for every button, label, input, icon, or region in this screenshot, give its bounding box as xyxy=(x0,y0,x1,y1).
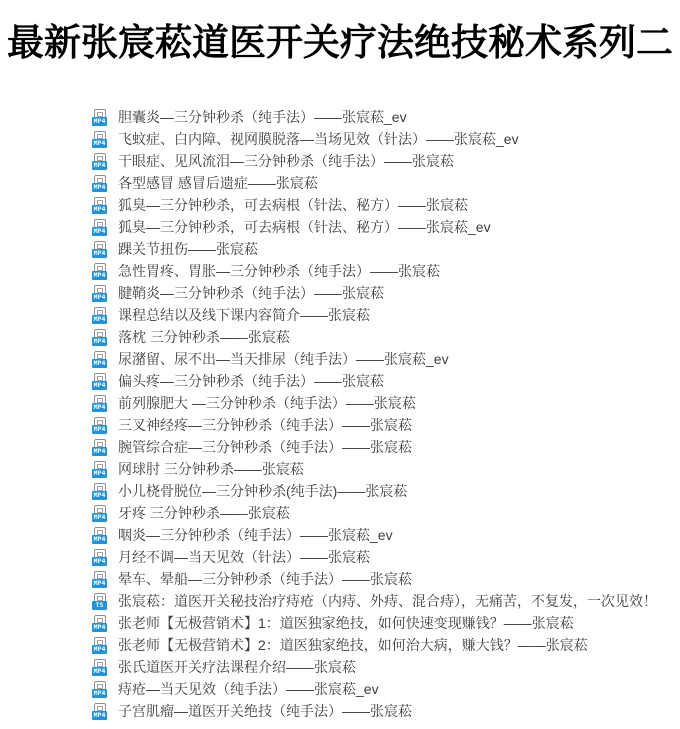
file-list-item[interactable]: MP4 子宫肌瘤—道医开关绝技（纯手法）——张宸菘 xyxy=(92,700,670,722)
video-file-icon: MP4 xyxy=(92,175,109,192)
file-type-badge: MP4 xyxy=(92,117,107,126)
file-list-item[interactable]: MP4 干眼症、见风流泪—三分钟秒杀（纯手法）——张宸菘 xyxy=(92,150,670,172)
file-name-label: 飞蚊症、白内障、视网膜脱落—当场见效（针法）——张宸菘_ev xyxy=(118,129,519,149)
file-type-badge: MP4 xyxy=(92,711,107,720)
file-type-badge: MP4 xyxy=(92,425,107,434)
file-type-badge: MP4 xyxy=(92,205,107,214)
file-name-label: 落枕 三分钟秒杀——张宸菘 xyxy=(118,327,290,347)
video-file-icon: MP4 xyxy=(92,681,109,698)
file-list: MP4 胆囊炎—三分钟秒杀（纯手法）——张宸菘_ev MP4 飞蚊症、白内障、视… xyxy=(0,106,680,722)
file-name-label: 胆囊炎—三分钟秒杀（纯手法）——张宸菘_ev xyxy=(118,107,407,127)
file-name-label: 小儿桡骨脱位—三分钟秒杀(纯手法)——张宸菘 xyxy=(118,481,407,501)
file-type-badge: MP4 xyxy=(92,579,107,588)
file-list-item[interactable]: MP4 狐臭—三分钟秒杀，可去病根（针法、秘方）——张宸菘_ev xyxy=(92,216,670,238)
file-type-badge: TS xyxy=(92,601,107,610)
file-type-badge: MP4 xyxy=(92,557,107,566)
file-name-label: 张宸菘：道医开关秘技治疗痔疮（内痔、外痔、混合痔），无痛苦，不复发，一次见效！ xyxy=(118,591,657,611)
file-list-item[interactable]: MP4 急性胃疼、胃胀—三分钟秒杀（纯手法）——张宸菘 xyxy=(92,260,670,282)
file-list-item[interactable]: MP4 课程总结以及线下课内容简介——张宸菘 xyxy=(92,304,670,326)
file-type-badge: MP4 xyxy=(92,249,107,258)
video-file-icon: MP4 xyxy=(92,505,109,522)
file-type-badge: MP4 xyxy=(92,293,107,302)
file-name-label: 干眼症、见风流泪—三分钟秒杀（纯手法）——张宸菘 xyxy=(118,151,454,171)
file-list-item[interactable]: MP4 张氏道医开关疗法课程介绍——张宸菘 xyxy=(92,656,670,678)
file-list-item[interactable]: MP4 落枕 三分钟秒杀——张宸菘 xyxy=(92,326,670,348)
video-file-icon: MP4 xyxy=(92,703,109,720)
file-name-label: 急性胃疼、胃胀—三分钟秒杀（纯手法）——张宸菘 xyxy=(118,261,440,281)
file-list-item[interactable]: MP4 张老师【无极营销术】1：道医独家绝技，如何快速变现赚钱？——张宸菘 xyxy=(92,612,670,634)
video-file-icon: MP4 xyxy=(92,439,109,456)
video-file-icon: MP4 xyxy=(92,329,109,346)
file-name-label: 前列腺肥大 —三分钟秒杀（纯手法）——张宸菘 xyxy=(118,393,416,413)
video-file-icon: MP4 xyxy=(92,109,109,126)
file-type-badge: MP4 xyxy=(92,271,107,280)
file-type-badge: MP4 xyxy=(92,667,107,676)
video-file-icon: MP4 xyxy=(92,373,109,390)
file-list-item[interactable]: MP4 狐臭—三分钟秒杀，可去病根（针法、秘方）——张宸菘 xyxy=(92,194,670,216)
file-name-label: 三叉神经疼—三分钟秒杀（纯手法）——张宸菘 xyxy=(118,415,412,435)
file-name-label: 课程总结以及线下课内容简介——张宸菘 xyxy=(118,305,370,325)
video-file-icon: MP4 xyxy=(92,549,109,566)
file-type-badge: MP4 xyxy=(92,161,107,170)
file-list-item[interactable]: MP4 胆囊炎—三分钟秒杀（纯手法）——张宸菘_ev xyxy=(92,106,670,128)
video-file-icon: MP4 xyxy=(92,527,109,544)
file-type-badge: MP4 xyxy=(92,535,107,544)
file-list-item[interactable]: MP4 各型感冒 感冒后遗症——张宸菘 xyxy=(92,172,670,194)
file-type-badge: MP4 xyxy=(92,337,107,346)
video-file-icon: MP4 xyxy=(92,461,109,478)
file-type-badge: MP4 xyxy=(92,447,107,456)
file-name-label: 牙疼 三分钟秒杀——张宸菘 xyxy=(118,503,290,523)
file-name-label: 张老师【无极营销术】1：道医独家绝技，如何快速变现赚钱？——张宸菘 xyxy=(118,613,574,633)
file-list-item[interactable]: MP4 腱鞘炎—三分钟秒杀（纯手法）——张宸菘 xyxy=(92,282,670,304)
file-name-label: 张氏道医开关疗法课程介绍——张宸菘 xyxy=(118,657,356,677)
file-type-badge: MP4 xyxy=(92,491,107,500)
file-name-label: 偏头疼—三分钟秒杀（纯手法）——张宸菘 xyxy=(118,371,384,391)
video-file-icon: MP4 xyxy=(92,219,109,236)
file-list-item[interactable]: MP4 张老师【无极营销术】2：道医独家绝技，如何治大病，赚大钱？——张宸菘 xyxy=(92,634,670,656)
file-type-badge: MP4 xyxy=(92,645,107,654)
file-name-label: 腱鞘炎—三分钟秒杀（纯手法）——张宸菘 xyxy=(118,283,384,303)
file-type-badge: MP4 xyxy=(92,623,107,632)
file-list-item[interactable]: MP4 牙疼 三分钟秒杀——张宸菘 xyxy=(92,502,670,524)
video-file-icon: MP4 xyxy=(92,659,109,676)
file-list-item[interactable]: MP4 小儿桡骨脱位—三分钟秒杀(纯手法)——张宸菘 xyxy=(92,480,670,502)
file-name-label: 尿潴留、尿不出—当天排尿（纯手法）——张宸菘_ev xyxy=(118,349,449,369)
file-list-item[interactable]: MP4 网球肘 三分钟秒杀——张宸菘 xyxy=(92,458,670,480)
video-file-icon: MP4 xyxy=(92,637,109,654)
video-file-icon: TS xyxy=(92,593,109,610)
file-list-item[interactable]: MP4 腕管综合症—三分钟秒杀（纯手法）——张宸菘 xyxy=(92,436,670,458)
file-type-badge: MP4 xyxy=(92,139,107,148)
file-list-item[interactable]: MP4 尿潴留、尿不出—当天排尿（纯手法）——张宸菘_ev xyxy=(92,348,670,370)
file-name-label: 晕车、晕船—三分钟秒杀（纯手法）——张宸菘 xyxy=(118,569,412,589)
file-name-label: 腕管综合症—三分钟秒杀（纯手法）——张宸菘 xyxy=(118,437,412,457)
file-list-item[interactable]: MP4 三叉神经疼—三分钟秒杀（纯手法）——张宸菘 xyxy=(92,414,670,436)
video-file-icon: MP4 xyxy=(92,263,109,280)
file-type-badge: MP4 xyxy=(92,359,107,368)
file-name-label: 月经不调—当天见效（针法）——张宸菘 xyxy=(118,547,370,567)
file-list-item[interactable]: TS 张宸菘：道医开关秘技治疗痔疮（内痔、外痔、混合痔），无痛苦，不复发，一次见… xyxy=(92,590,670,612)
file-type-badge: MP4 xyxy=(92,381,107,390)
video-file-icon: MP4 xyxy=(92,351,109,368)
file-name-label: 各型感冒 感冒后遗症——张宸菘 xyxy=(118,173,318,193)
file-list-item[interactable]: MP4 踝关节扭伤——张宸菘 xyxy=(92,238,670,260)
file-name-label: 踝关节扭伤——张宸菘 xyxy=(118,239,258,259)
file-name-label: 子宫肌瘤—道医开关绝技（纯手法）——张宸菘 xyxy=(118,701,412,721)
file-type-badge: MP4 xyxy=(92,689,107,698)
video-file-icon: MP4 xyxy=(92,483,109,500)
file-list-item[interactable]: MP4 咽炎—三分钟秒杀（纯手法）——张宸菘_ev xyxy=(92,524,670,546)
file-name-label: 狐臭—三分钟秒杀，可去病根（针法、秘方）——张宸菘_ev xyxy=(118,217,491,237)
file-name-label: 网球肘 三分钟秒杀——张宸菘 xyxy=(118,459,304,479)
file-list-item[interactable]: MP4 飞蚊症、白内障、视网膜脱落—当场见效（针法）——张宸菘_ev xyxy=(92,128,670,150)
file-list-item[interactable]: MP4 偏头疼—三分钟秒杀（纯手法）——张宸菘 xyxy=(92,370,670,392)
file-type-badge: MP4 xyxy=(92,403,107,412)
file-type-badge: MP4 xyxy=(92,469,107,478)
file-list-item[interactable]: MP4 晕车、晕船—三分钟秒杀（纯手法）——张宸菘 xyxy=(92,568,670,590)
file-name-label: 张老师【无极营销术】2：道医独家绝技，如何治大病，赚大钱？——张宸菘 xyxy=(118,635,588,655)
video-file-icon: MP4 xyxy=(92,417,109,434)
file-name-label: 痔疮—当天见效（纯手法）——张宸菘_ev xyxy=(118,679,379,699)
file-type-badge: MP4 xyxy=(92,315,107,324)
file-type-badge: MP4 xyxy=(92,227,107,236)
file-list-item[interactable]: MP4 前列腺肥大 —三分钟秒杀（纯手法）——张宸菘 xyxy=(92,392,670,414)
file-type-badge: MP4 xyxy=(92,183,107,192)
video-file-icon: MP4 xyxy=(92,153,109,170)
video-file-icon: MP4 xyxy=(92,395,109,412)
file-type-badge: MP4 xyxy=(92,513,107,522)
video-file-icon: MP4 xyxy=(92,307,109,324)
video-file-icon: MP4 xyxy=(92,285,109,302)
file-name-label: 咽炎—三分钟秒杀（纯手法）——张宸菘_ev xyxy=(118,525,393,545)
file-list-item[interactable]: MP4 痔疮—当天见效（纯手法）——张宸菘_ev xyxy=(92,678,670,700)
video-file-icon: MP4 xyxy=(92,197,109,214)
file-name-label: 狐臭—三分钟秒杀，可去病根（针法、秘方）——张宸菘 xyxy=(118,195,468,215)
video-file-icon: MP4 xyxy=(92,615,109,632)
video-file-icon: MP4 xyxy=(92,241,109,258)
video-file-icon: MP4 xyxy=(92,571,109,588)
page-title: 最新张宸菘道医开关疗法绝技秘术系列二 xyxy=(6,20,674,68)
file-list-item[interactable]: MP4 月经不调—当天见效（针法）——张宸菘 xyxy=(92,546,670,568)
video-file-icon: MP4 xyxy=(92,131,109,148)
